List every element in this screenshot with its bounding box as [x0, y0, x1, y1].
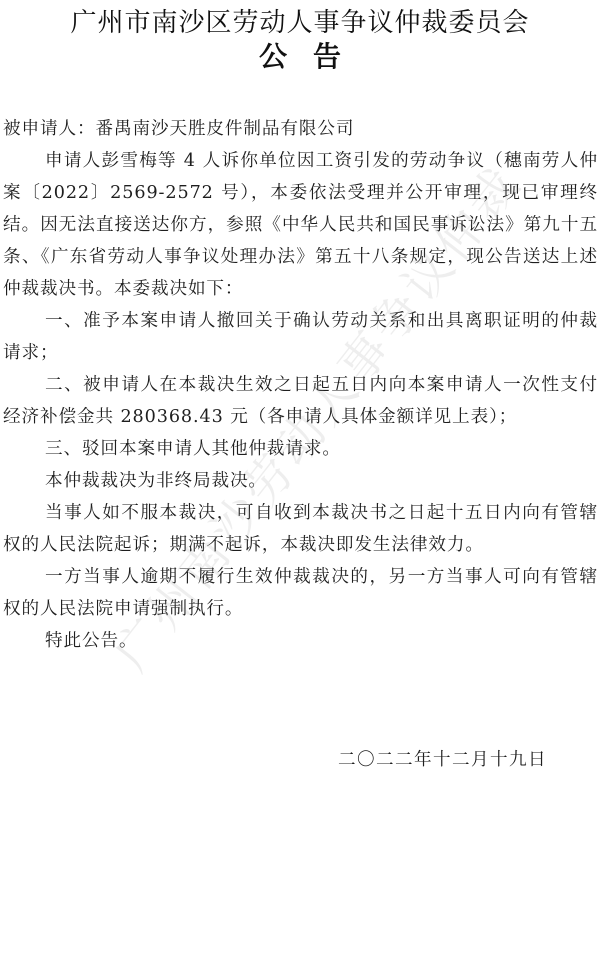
paragraph-nonfinal: 本仲裁裁决为非终局裁决。 [3, 465, 598, 497]
paragraph-case-summary: 申请人彭雪梅等 4 人诉你单位因工资引发的劳动争议（穗南劳人仲案〔2022〕25… [3, 145, 598, 305]
paragraph-appeal: 当事人如不服本裁决，可自收到本裁决书之日起十五日内向有管辖权的人民法院起诉；期满… [3, 497, 598, 561]
paragraph-ruling-2: 二、被申请人在本裁决生效之日起五日内向本案申请人一次性支付经济补偿金共 2803… [3, 369, 598, 433]
document-title: 广州市南沙区劳动人事争议仲裁委员会 [0, 6, 600, 40]
paragraph-ruling-3: 三、驳回本案申请人其他仲裁请求。 [3, 433, 598, 465]
paragraph-closing: 特此公告。 [3, 625, 598, 657]
respondent-line: 被申请人：番禺南沙天胜皮件制品有限公司 [3, 113, 598, 145]
document-subtitle: 公告 [0, 40, 600, 74]
paragraph-ruling-1: 一、准予本案申请人撤回关于确认劳动关系和出具离职证明的仲裁请求； [3, 305, 598, 369]
document-body: 被申请人：番禺南沙天胜皮件制品有限公司 申请人彭雪梅等 4 人诉你单位因工资引发… [3, 113, 598, 657]
document-date: 二〇二二年十二月十九日 [338, 745, 547, 775]
paragraph-enforcement: 一方当事人逾期不履行生效仲裁裁决的，另一方当事人可向有管辖权的人民法院申请强制执… [3, 561, 598, 625]
